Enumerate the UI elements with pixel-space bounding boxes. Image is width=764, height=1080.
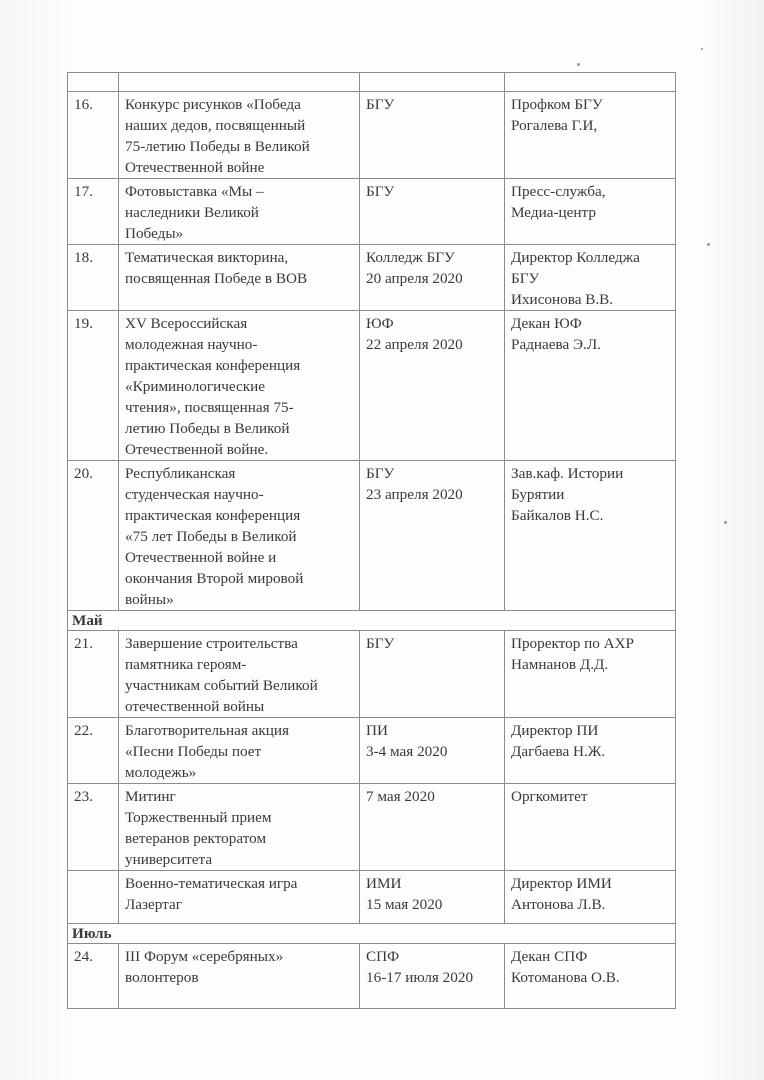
table-row: Военно-тематическая игра ЛазертагИМИ 15 … (68, 871, 676, 924)
row-number: 20. (68, 461, 119, 611)
row-number: 19. (68, 311, 119, 461)
table-row: 18.Тематическая викторина, посвященная П… (68, 245, 676, 311)
month-label: Май (68, 611, 676, 631)
header-cell-number (68, 73, 119, 92)
responsible-person: Директор ПИ Дагбаева Н.Ж. (505, 718, 676, 784)
event-name: Фотовыставка «Мы – наследники Великой По… (119, 179, 360, 245)
row-number: 22. (68, 718, 119, 784)
table-header-row (68, 73, 676, 92)
row-number: 21. (68, 631, 119, 718)
event-name: III Форум «серебряных» волонтеров (119, 944, 360, 1009)
table-row: 17.Фотовыставка «Мы – наследники Великой… (68, 179, 676, 245)
table-row: 22.Благотворительная акция «Песни Победы… (68, 718, 676, 784)
scan-speck (724, 521, 727, 524)
scan-speck (707, 243, 710, 246)
place-and-date: ЮФ 22 апреля 2020 (360, 311, 505, 461)
event-name: Завершение строительства памятника героя… (119, 631, 360, 718)
event-name: Конкурс рисунков «Победа наших дедов, по… (119, 92, 360, 179)
place-and-date: БГУ (360, 631, 505, 718)
event-name: XV Всероссийская молодежная научно- прак… (119, 311, 360, 461)
event-name: Митинг Торжественный прием ветеранов рек… (119, 784, 360, 871)
table-row: 16.Конкурс рисунков «Победа наших дедов,… (68, 92, 676, 179)
table-row: 24.III Форум «серебряных» волонтеровСПФ … (68, 944, 676, 1009)
table-row: 20.Республиканская студенческая научно- … (68, 461, 676, 611)
month-label: Июль (68, 924, 676, 944)
responsible-person: Директор ИМИ Антонова Л.В. (505, 871, 676, 924)
responsible-person: Проректор по АХР Намнанов Д.Д. (505, 631, 676, 718)
row-number: 17. (68, 179, 119, 245)
header-cell-place-date (360, 73, 505, 92)
place-and-date: ПИ 3-4 мая 2020 (360, 718, 505, 784)
responsible-person: Пресс-служба, Медиа-центр (505, 179, 676, 245)
place-and-date: 7 мая 2020 (360, 784, 505, 871)
responsible-person: Зав.каф. Истории Бурятии Байкалов Н.С. (505, 461, 676, 611)
responsible-person: Директор Колледжа БГУ Ихисонова В.В. (505, 245, 676, 311)
event-name: Тематическая викторина, посвященная Побе… (119, 245, 360, 311)
responsible-person: Декан ЮФ Раднаева Э.Л. (505, 311, 676, 461)
place-and-date: БГУ (360, 92, 505, 179)
scan-speck (701, 48, 703, 50)
row-number: 24. (68, 944, 119, 1009)
responsible-person: Декан СПФ Котоманова О.В. (505, 944, 676, 1009)
event-name: Республиканская студенческая научно- пра… (119, 461, 360, 611)
header-cell-event (119, 73, 360, 92)
table-row: 23.Митинг Торжественный прием ветеранов … (68, 784, 676, 871)
responsible-person: Оргкомитет (505, 784, 676, 871)
table-row: 19.XV Всероссийская молодежная научно- п… (68, 311, 676, 461)
header-cell-responsible (505, 73, 676, 92)
place-and-date: СПФ 16-17 июля 2020 (360, 944, 505, 1009)
responsible-person: Профком БГУ Рогалева Г.И, (505, 92, 676, 179)
row-number (68, 871, 119, 924)
row-number: 23. (68, 784, 119, 871)
month-section-row: Июль (68, 924, 676, 944)
event-name: Военно-тематическая игра Лазертаг (119, 871, 360, 924)
event-name: Благотворительная акция «Песни Победы по… (119, 718, 360, 784)
month-section-row: Май (68, 611, 676, 631)
events-plan-table: 16.Конкурс рисунков «Победа наших дедов,… (67, 72, 676, 1009)
row-number: 16. (68, 92, 119, 179)
place-and-date: Колледж БГУ 20 апреля 2020 (360, 245, 505, 311)
table-row: 21.Завершение строительства памятника ге… (68, 631, 676, 718)
place-and-date: БГУ (360, 179, 505, 245)
row-number: 18. (68, 245, 119, 311)
place-and-date: БГУ 23 апреля 2020 (360, 461, 505, 611)
place-and-date: ИМИ 15 мая 2020 (360, 871, 505, 924)
scan-speck (577, 63, 580, 66)
